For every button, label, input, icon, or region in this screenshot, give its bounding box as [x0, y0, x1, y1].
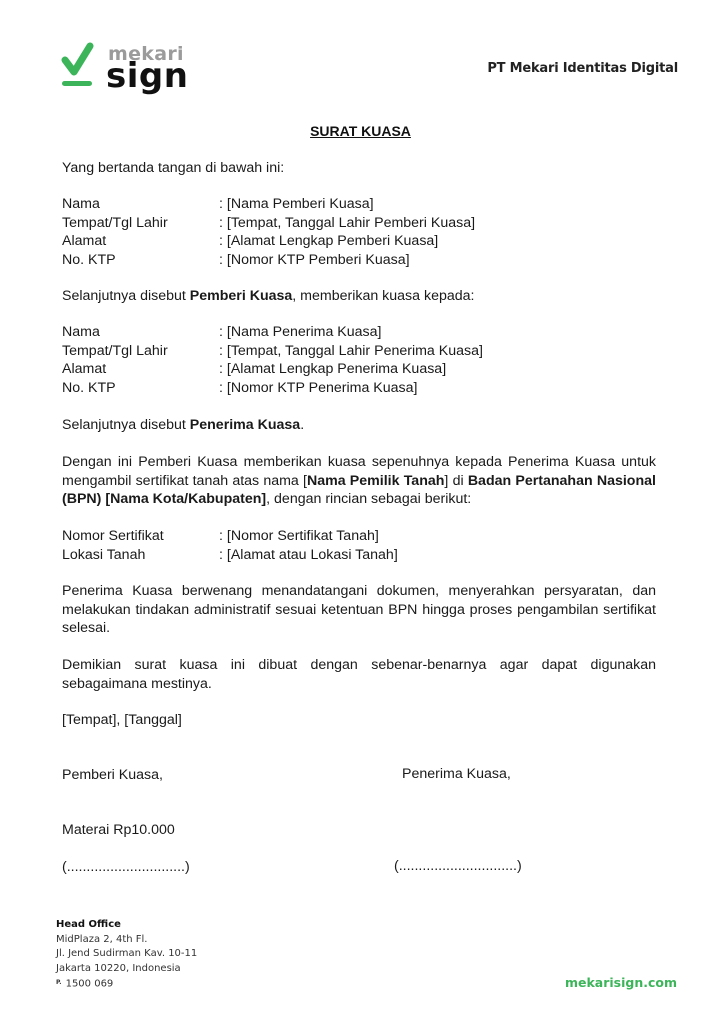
- field-label: Alamat: [62, 232, 106, 251]
- field-value: : [Nomor KTP Penerima Kuasa]: [219, 379, 417, 398]
- place-date: [Tempat], [Tanggal]: [62, 711, 182, 730]
- field-label: No. KTP: [62, 251, 116, 270]
- document-title: SURAT KUASA: [0, 123, 725, 139]
- field-label: Nama: [62, 323, 100, 342]
- field-value: : [Alamat atau Lokasi Tanah]: [219, 546, 398, 565]
- address-line: MidPlaza 2, 4th Fl.: [56, 933, 197, 948]
- field-label: Lokasi Tanah: [62, 546, 145, 565]
- giver-signature-line: (..............................): [62, 858, 190, 877]
- intro-text: Yang bertanda tangan di bawah ini:: [62, 159, 284, 178]
- field-label: Nomor Sertifikat: [62, 527, 164, 546]
- giver-signature-label: Pemberi Kuasa,: [62, 766, 163, 785]
- field-value: : [Tempat, Tanggal Lahir Penerima Kuasa]: [219, 342, 483, 361]
- field-value: : [Alamat Lengkap Pemberi Kuasa]: [219, 232, 438, 251]
- field-label: Tempat/Tgl Lahir: [62, 214, 168, 233]
- field-value: : [Nomor Sertifikat Tanah]: [219, 527, 379, 546]
- giver-reference: Selanjutnya disebut Pemberi Kuasa, membe…: [62, 287, 474, 306]
- receiver-reference: Selanjutnya disebut Penerima Kuasa.: [62, 416, 304, 435]
- closing-paragraph: Demikian surat kuasa ini dibuat dengan s…: [62, 656, 656, 693]
- mandate-paragraph: Dengan ini Pemberi Kuasa memberikan kuas…: [62, 453, 656, 509]
- address-line: Jakarta 10220, Indonesia: [56, 962, 197, 977]
- field-label: Tempat/Tgl Lahir: [62, 342, 168, 361]
- receiver-signature-label: Penerima Kuasa,: [402, 766, 511, 782]
- phone-number: 1500 069: [66, 978, 114, 989]
- mekari-sign-logo: mekari sign: [60, 42, 180, 98]
- field-value: : [Alamat Lengkap Penerima Kuasa]: [219, 360, 446, 379]
- logo-text-sign: sign: [106, 56, 188, 96]
- footer-office-address: Head Office MidPlaza 2, 4th Fl. Jl. Jend…: [56, 918, 197, 992]
- authority-paragraph: Penerima Kuasa berwenang menandatangani …: [62, 582, 656, 638]
- company-name: PT Mekari Identitas Digital: [487, 61, 678, 76]
- phone-line: P.1500 069: [56, 976, 197, 992]
- field-value: : [Nomor KTP Pemberi Kuasa]: [219, 251, 410, 270]
- checkmark-logo-icon: [60, 42, 96, 88]
- field-value: : [Tempat, Tanggal Lahir Pemberi Kuasa]: [219, 214, 475, 233]
- field-value: : [Nama Pemberi Kuasa]: [219, 195, 374, 214]
- field-label: No. KTP: [62, 379, 116, 398]
- field-label: Nama: [62, 195, 100, 214]
- field-value: : [Nama Penerima Kuasa]: [219, 323, 381, 342]
- website-link[interactable]: mekarisign.com: [565, 975, 677, 990]
- address-line: Jl. Jend Sudirman Kav. 10-11: [56, 947, 197, 962]
- phone-label: P.: [56, 979, 62, 986]
- field-label: Alamat: [62, 360, 106, 379]
- receiver-signature-line: (..............................): [394, 858, 522, 874]
- office-title: Head Office: [56, 918, 197, 933]
- stamp-duty-note: Materai Rp10.000: [62, 821, 175, 840]
